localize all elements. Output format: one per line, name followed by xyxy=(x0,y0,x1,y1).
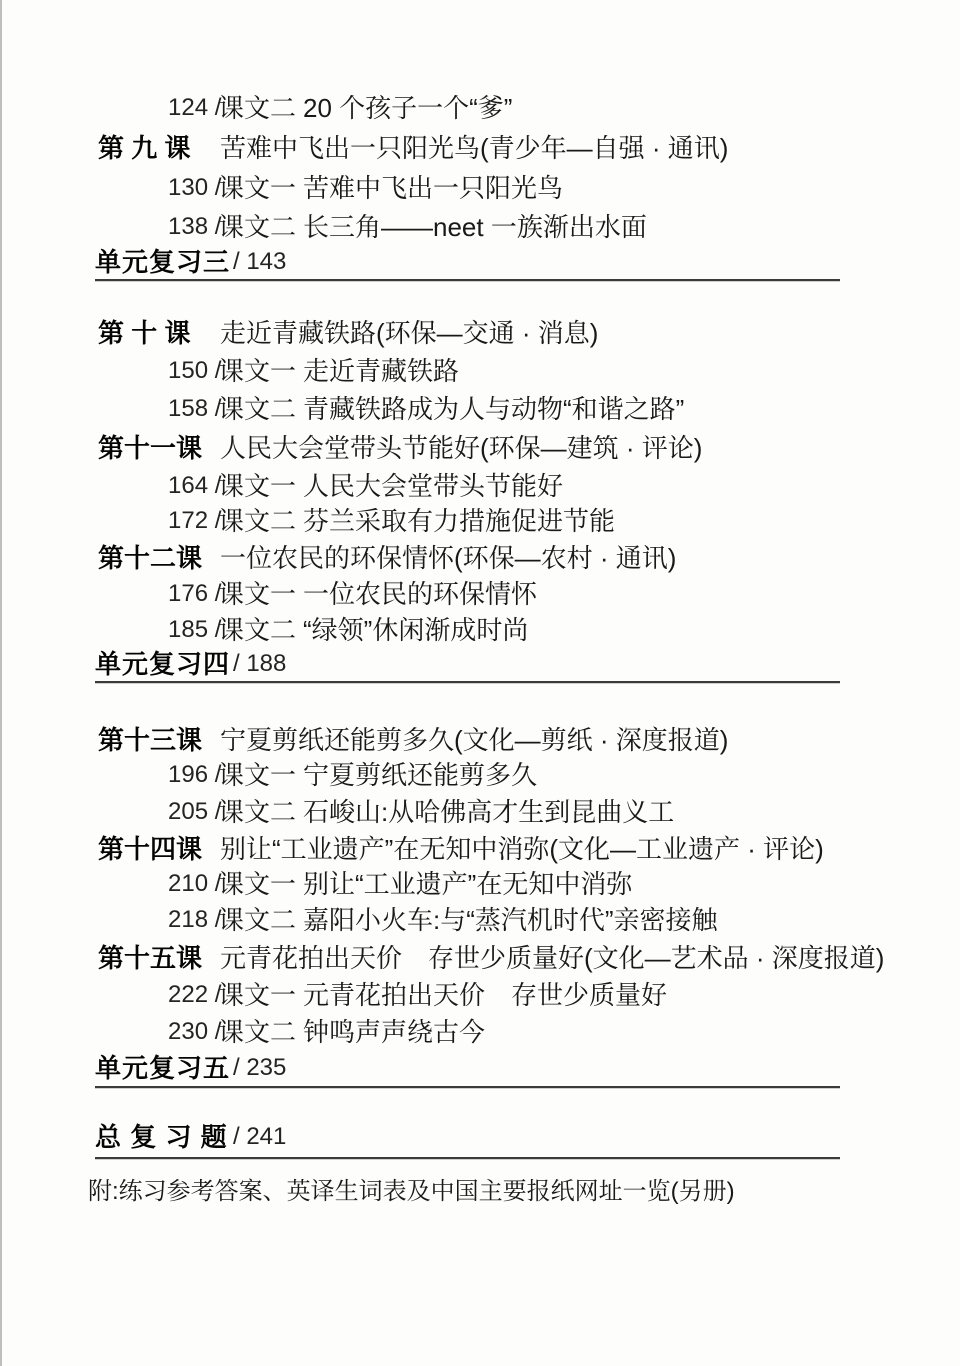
section-divider-rule xyxy=(95,681,840,683)
text-label: 课文二 xyxy=(218,210,296,244)
lesson-heading: 第十四课 xyxy=(98,832,202,866)
page-number: 138 / xyxy=(168,210,221,244)
text-label: 课文一 xyxy=(218,867,296,901)
entry-title: 芬兰采取有力措施促进节能 xyxy=(303,504,615,538)
toc-row-unit-review: 单元复习三 / 143 xyxy=(0,245,960,279)
toc-row: 124 / 课文二 20 个孩子一个“爹” xyxy=(0,91,960,125)
page-number: 205 / xyxy=(168,795,221,829)
lesson-title: 走近青藏铁路(环保—交通 · 消息) xyxy=(220,316,598,350)
entry-title: 人民大会堂带头节能好 xyxy=(303,469,563,503)
toc-row: 130 / 课文一 苦难中飞出一只阳光鸟 xyxy=(0,171,960,205)
page-number: 172 / xyxy=(168,504,221,538)
entry-title: 钟鸣声声绕古今 xyxy=(303,1015,485,1049)
lesson-title: 宁夏剪纸还能剪多久(文化—剪纸 · 深度报道) xyxy=(220,723,728,757)
toc-row-unit-review: 单元复习四 / 188 xyxy=(0,647,960,681)
text-label: 课文一 xyxy=(218,577,296,611)
toc-row: 158 / 课文二 青藏铁路成为人与动物“和谐之路” xyxy=(0,392,960,426)
toc-row: 150 / 课文一 走近青藏铁路 xyxy=(0,354,960,388)
toc-row-lesson: 第 九 课 苦难中飞出一只阳光鸟(青少年—自强 · 通讯) xyxy=(0,131,960,165)
page-number: 176 / xyxy=(168,577,221,611)
grand-review-heading: 总 复 习 题 xyxy=(95,1120,228,1154)
page-number: 196 / xyxy=(168,758,221,792)
toc-row: 196 / 课文一 宁夏剪纸还能剪多久 xyxy=(0,758,960,792)
toc-row-lesson: 第十五课 元青花拍出天价 存世少质量好(文化—艺术品 · 深度报道) xyxy=(0,941,960,975)
toc-row: 164 / 课文一 人民大会堂带头节能好 xyxy=(0,469,960,503)
entry-title: 走近青藏铁路 xyxy=(303,354,459,388)
entry-title: 石峻山:从哈佛高才生到昆曲义工 xyxy=(303,795,674,829)
toc-row: 138 / 课文二 长三角——neet 一族渐出水面 xyxy=(0,210,960,244)
toc-row-unit-review: 单元复习五 / 235 xyxy=(0,1051,960,1085)
page-number: 185 / xyxy=(168,613,221,647)
text-label: 课文二 xyxy=(218,903,296,937)
section-divider-rule xyxy=(95,1086,840,1088)
unit-review-heading: 单元复习四 xyxy=(95,647,230,681)
appendix-note: 附:练习参考答案、英译生词表及中国主要报纸网址一览(另册) xyxy=(88,1175,735,1209)
text-label: 课文二 xyxy=(218,504,296,538)
toc-row: 218 / 课文二 嘉阳小火车:与“蒸汽机时代”亲密接触 xyxy=(0,903,960,937)
page-number: 218 / xyxy=(168,903,221,937)
page-number: 124 / xyxy=(168,91,221,125)
page-ref: / 143 xyxy=(233,245,286,279)
text-label: 课文二 xyxy=(218,795,296,829)
toc-row-lesson: 第 十 课 走近青藏铁路(环保—交通 · 消息) xyxy=(0,316,960,350)
page-number: 230 / xyxy=(168,1015,221,1049)
unit-review-heading: 单元复习三 xyxy=(95,245,230,279)
entry-title: 青藏铁路成为人与动物“和谐之路” xyxy=(303,392,684,426)
lesson-heading: 第十二课 xyxy=(98,541,202,575)
page-ref: / 241 xyxy=(233,1120,286,1154)
toc-row-appendix: 附:练习参考答案、英译生词表及中国主要报纸网址一览(另册) xyxy=(0,1175,960,1209)
toc-row: 185 / 课文二 “绿领”休闲渐成时尚 xyxy=(0,613,960,647)
page-number: 222 / xyxy=(168,978,221,1012)
entry-title: 宁夏剪纸还能剪多久 xyxy=(303,758,537,792)
text-label: 课文一 xyxy=(218,354,296,388)
entry-title: 一位农民的环保情怀 xyxy=(303,577,537,611)
toc-row-lesson: 第十四课 别让“工业遗产”在无知中消弥(文化—工业遗产 · 评论) xyxy=(0,832,960,866)
page-number: 150 / xyxy=(168,354,221,388)
toc-row-lesson: 第十三课 宁夏剪纸还能剪多久(文化—剪纸 · 深度报道) xyxy=(0,723,960,757)
toc-row-grand-review: 总 复 习 题 / 241 xyxy=(0,1120,960,1154)
toc-row: 230 / 课文二 钟鸣声声绕古今 xyxy=(0,1015,960,1049)
toc-row: 205 / 课文二 石峻山:从哈佛高才生到昆曲义工 xyxy=(0,795,960,829)
lesson-title: 别让“工业遗产”在无知中消弥(文化—工业遗产 · 评论) xyxy=(220,832,824,866)
toc-row-lesson: 第十一课 人民大会堂带头节能好(环保—建筑 · 评论) xyxy=(0,431,960,465)
text-label: 课文二 xyxy=(218,91,296,125)
lesson-title: 人民大会堂带头节能好(环保—建筑 · 评论) xyxy=(220,431,702,465)
text-label: 课文一 xyxy=(218,978,296,1012)
lesson-heading: 第 九 课 xyxy=(98,131,190,165)
entry-title: 20 个孩子一个“爹” xyxy=(303,91,512,125)
page-number: 158 / xyxy=(168,392,221,426)
section-divider-rule xyxy=(95,279,840,281)
text-label: 课文一 xyxy=(218,171,296,205)
entry-title: 苦难中飞出一只阳光鸟 xyxy=(303,171,563,205)
text-label: 课文二 xyxy=(218,392,296,426)
toc-row-lesson: 第十二课 一位农民的环保情怀(环保—农村 · 通讯) xyxy=(0,541,960,575)
entry-title: 元青花拍出天价 存世少质量好 xyxy=(303,978,667,1012)
text-label: 课文二 xyxy=(218,1015,296,1049)
toc-row: 176 / 课文一 一位农民的环保情怀 xyxy=(0,577,960,611)
toc-row: 222 / 课文一 元青花拍出天价 存世少质量好 xyxy=(0,978,960,1012)
toc-row: 210 / 课文一 别让“工业遗产”在无知中消弥 xyxy=(0,867,960,901)
page-ref: / 235 xyxy=(233,1051,286,1085)
lesson-title: 一位农民的环保情怀(环保—农村 · 通讯) xyxy=(220,541,676,575)
lesson-heading: 第十三课 xyxy=(98,723,202,757)
page-number: 130 / xyxy=(168,171,221,205)
page-number: 210 / xyxy=(168,867,221,901)
toc-row: 172 / 课文二 芬兰采取有力措施促进节能 xyxy=(0,504,960,538)
text-label: 课文一 xyxy=(218,758,296,792)
lesson-heading: 第十一课 xyxy=(98,431,202,465)
section-divider-rule xyxy=(95,1157,840,1159)
lesson-title: 元青花拍出天价 存世少质量好(文化—艺术品 · 深度报道) xyxy=(220,941,884,975)
page-ref: / 188 xyxy=(233,647,286,681)
unit-review-heading: 单元复习五 xyxy=(95,1051,230,1085)
text-label: 课文一 xyxy=(218,469,296,503)
entry-title: 别让“工业遗产”在无知中消弥 xyxy=(303,867,632,901)
entry-title: 长三角——neet 一族渐出水面 xyxy=(303,210,647,244)
scanned-toc-page: 124 / 课文二 20 个孩子一个“爹” 第 九 课 苦难中飞出一只阳光鸟(青… xyxy=(0,0,960,1366)
page-number: 164 / xyxy=(168,469,221,503)
entry-title: 嘉阳小火车:与“蒸汽机时代”亲密接触 xyxy=(303,903,718,937)
text-label: 课文二 xyxy=(218,613,296,647)
lesson-title: 苦难中飞出一只阳光鸟(青少年—自强 · 通讯) xyxy=(220,131,728,165)
entry-title: “绿领”休闲渐成时尚 xyxy=(303,613,528,647)
lesson-heading: 第十五课 xyxy=(98,941,202,975)
lesson-heading: 第 十 课 xyxy=(98,316,190,350)
